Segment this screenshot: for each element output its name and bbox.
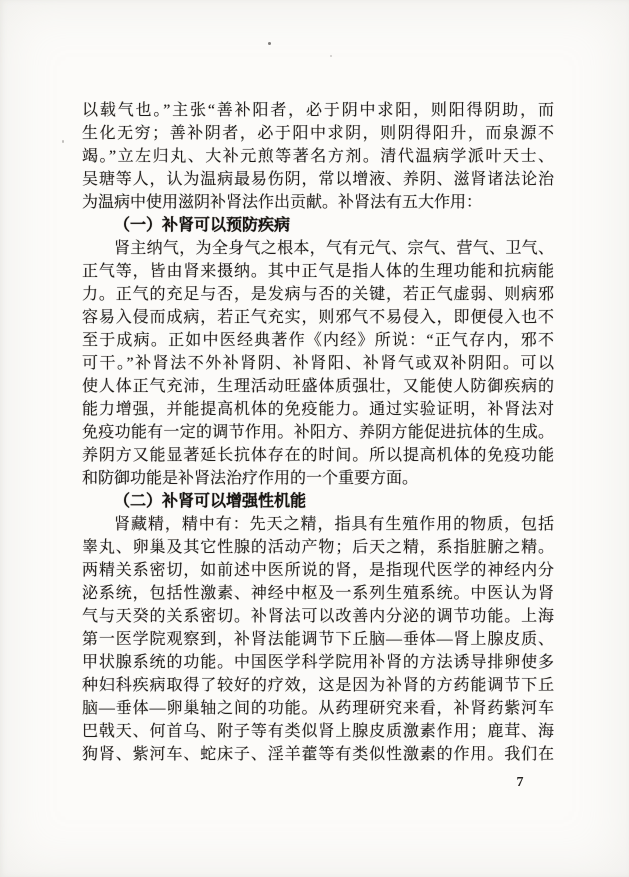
text-line: 容易入侵而成病，若正气充实，则邪气不易侵入，即便侵入也不 (82, 306, 554, 329)
text-line: 正气等，皆由肾来摄纳。其中正气是指人体的生理功能和抗病能 (82, 260, 554, 283)
page-number: 7 (508, 775, 532, 791)
text-line: 肾藏精，精中有：先天之精，指具有生殖作用的物质，包括 (82, 513, 554, 536)
text-line: 为温病中使用滋阴补肾法作出贡献。补肾法有五大作用： (82, 191, 554, 214)
text-line: 两精关系密切，如前述中医所说的肾，是指现代医学的神经内分 (82, 559, 554, 582)
text-line: 泌系统，包括性激素、神经中枢及一系列生殖系统。中医认为肾 (82, 582, 554, 605)
text-block: 以载气也。”主张“善补阳者，必于阴中求阳，则阳得阴助，而生化无穷；善补阴者，必于… (82, 99, 554, 766)
text-line: 吴瑭等人，认为温病最易伤阴，常以增液、养阴、滋肾诸法论治 (82, 168, 554, 191)
text-line: 能力增强，并能提高机体的免疫能力。通过实验证明，补肾法对 (82, 398, 554, 421)
text-line: 和防御功能是补肾法治疗作用的一个重要方面。 (82, 467, 554, 490)
text-line: 肾主纳气，为全身气之根本，气有元气、宗气、营气、卫气、 (82, 237, 554, 260)
scan-speck (268, 42, 271, 45)
section-heading: （一）补肾可以预防疾病 (82, 214, 554, 237)
book-page: 以载气也。”主张“善补阳者，必于阴中求阳，则阳得阴助，而生化无穷；善补阴者，必于… (0, 0, 629, 877)
text-line: 可干。”补肾法不外补肾阴、补肾阳、补肾气或双补阴阳。可以 (82, 352, 554, 375)
text-line: 竭。”立左归丸、大补元煎等著名方剂。清代温病学派叶天士、 (82, 145, 554, 168)
text-line: 免疫功能有一定的调节作用。补阳方、养阴方能促进抗体的生成。 (82, 421, 554, 444)
scan-speck (330, 55, 332, 57)
text-line: 至于成病。正如中医经典著作《内经》所说：“正气存内，邪不 (82, 329, 554, 352)
text-line: 力。正气的充足与否，是发病与否的关键，若正气虚弱、则病邪 (82, 283, 554, 306)
text-line: 以载气也。”主张“善补阳者，必于阴中求阳，则阳得阴助，而 (82, 99, 554, 122)
text-line: 睾丸、卵巢及其它性腺的活动产物；后天之精，系指脏腑之精。 (82, 536, 554, 559)
text-line: 生化无穷；善补阴者，必于阳中求阴，则阴得阳升，而泉源不 (82, 122, 554, 145)
text-line: 狗肾、紫河车、蛇床子、淫羊藿等有类似性激素的作用。我们在 (82, 743, 554, 766)
text-line: 气与天癸的关系密切。补肾法可以改善内分泌的调节功能。上海 (82, 605, 554, 628)
scan-speck (62, 140, 64, 143)
text-line: 第一医学院观察到，补肾法能调节下丘脑—垂体—肾上腺皮质、 (82, 628, 554, 651)
text-line: 甲状腺系统的功能。中国医学科学院用补肾的方法诱导排卵使多 (82, 651, 554, 674)
text-line: 养阴方又能显著延长抗体存在的时间。所以提高机体的免疫功能 (82, 444, 554, 467)
text-line: 脑—垂体—卵巢轴之间的功能。从药理研究来看，补肾药紫河车 (82, 697, 554, 720)
text-line: 使人体正气充沛，生理活动旺盛体质强壮，又能使人防御疾病的 (82, 375, 554, 398)
text-line: 巴戟天、何首乌、附子等有类似肾上腺皮质激素作用；鹿茸、海 (82, 720, 554, 743)
section-heading: （二）补肾可以增强性机能 (82, 490, 554, 513)
text-line: 种妇科疾病取得了较好的疗效，这是因为补肾的方药能调节下丘 (82, 674, 554, 697)
